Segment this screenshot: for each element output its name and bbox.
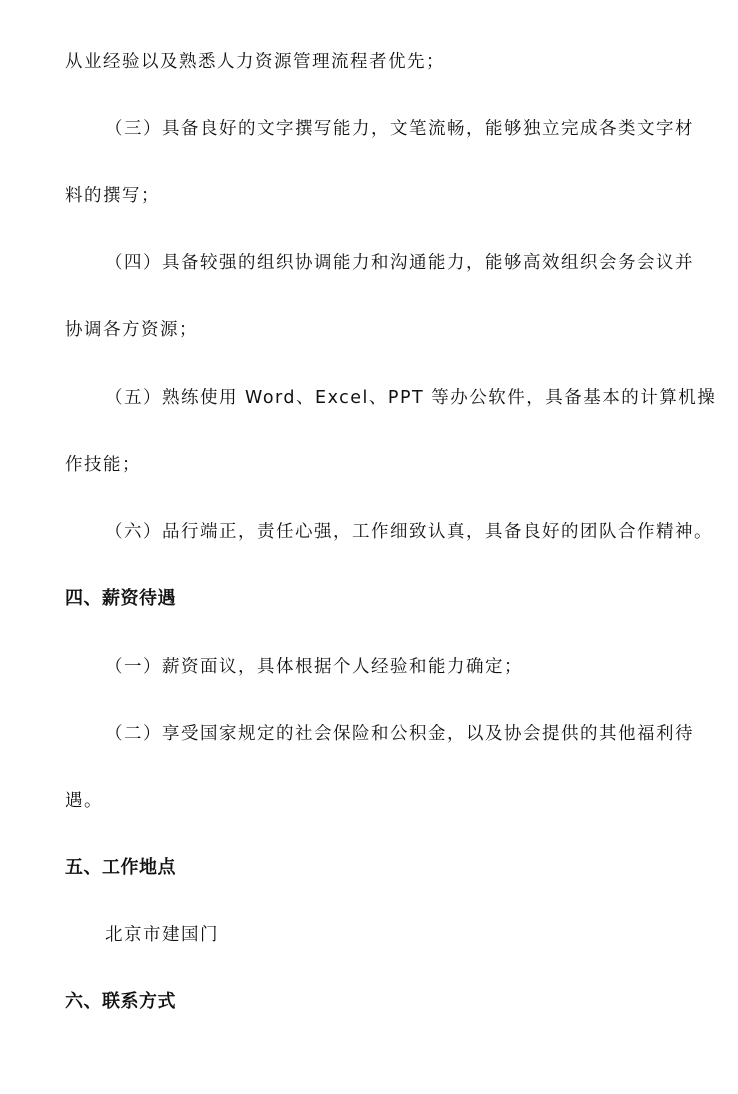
salary-item-1: （一）薪资面议，具体根据个人经验和能力确定； bbox=[105, 655, 523, 679]
paragraph-text: 从业经验以及熟悉人力资源管理流程者优先； bbox=[65, 50, 445, 74]
requirement-6: （六）品行端正，责任心强，工作细致认真，具备良好的团队合作精神。 bbox=[105, 520, 713, 544]
requirement-5: （五）熟练使用 Word、Excel、PPT 等办公软件，具备基本的计算机操 bbox=[105, 386, 716, 410]
salary-item-2: （二）享受国家规定的社会保险和公积金，以及协会提供的其他福利待 bbox=[105, 722, 694, 746]
section-heading-location: 五、工作地点 bbox=[65, 856, 176, 880]
section-heading-contact: 六、联系方式 bbox=[65, 990, 176, 1014]
requirement-3: （三）具备良好的文字撰写能力，文笔流畅，能够独立完成各类文字材 bbox=[105, 117, 694, 141]
requirement-4-cont: 协调各方资源； bbox=[65, 318, 198, 342]
section-heading-salary: 四、薪资待遇 bbox=[65, 587, 176, 611]
requirement-4: （四）具备较强的组织协调能力和沟通能力，能够高效组织会务会议并 bbox=[105, 251, 694, 275]
requirement-3-cont: 料的撰写； bbox=[65, 184, 160, 208]
requirement-5-cont: 作技能； bbox=[65, 453, 141, 477]
salary-item-2-cont: 遇。 bbox=[65, 789, 103, 813]
location-text: 北京市建国门 bbox=[105, 923, 219, 947]
